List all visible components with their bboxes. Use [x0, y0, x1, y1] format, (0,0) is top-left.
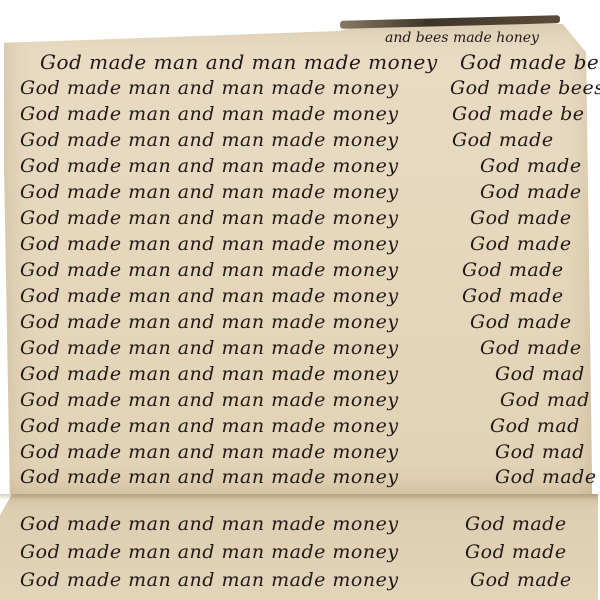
text-line-lower: God made man and man made moneyGod made	[20, 541, 399, 563]
line-main: God made man and man made money	[20, 77, 399, 99]
text-line: God made man and man made moneyGod made …	[40, 50, 438, 74]
line-main: God made man and man made money	[20, 389, 399, 411]
line-main: God made man and man made money	[20, 155, 399, 177]
line-tail: God made	[480, 337, 582, 359]
text-line-lower: God made man and man made moneyGod made	[20, 513, 399, 535]
text-line: God made man and man made moneyGod made	[20, 285, 399, 307]
line-tail: God made	[495, 466, 597, 488]
line-main: God made man and man made money	[20, 466, 399, 488]
line-tail: God made bees	[460, 50, 600, 74]
line-tail: God mad	[495, 441, 585, 463]
line-tail: God made	[470, 207, 572, 229]
line-main: God made man and man made money	[20, 541, 399, 563]
line-tail: God made	[470, 569, 572, 591]
page-fold	[0, 494, 598, 500]
text-line: God made man and man made moneyGod made	[20, 337, 399, 359]
text-line: God made man and man made moneyGod made	[20, 466, 399, 488]
text-line: God made man and man made moneyGod made	[20, 129, 399, 151]
line-main: God made man and man made money	[20, 569, 399, 591]
text-line: God made man and man made moneyGod mad	[20, 415, 399, 437]
text-line: God made man and man made moneyGod made	[20, 311, 399, 333]
line-main: God made man and man made money	[20, 233, 399, 255]
text-line-lower: God made man and man made moneyGod made	[20, 569, 399, 591]
line-main: God made man and man made money	[20, 103, 399, 125]
line-tail: God made	[462, 285, 564, 307]
line-tail: God made be	[452, 103, 585, 125]
line-tail: God made	[465, 541, 567, 563]
line-tail: God made	[465, 513, 567, 535]
text-line: God made man and man made moneyGod made	[20, 181, 399, 203]
line-tail: God made	[480, 181, 582, 203]
line-tail: God mad	[490, 415, 580, 437]
line-tail: God made bees	[450, 77, 600, 99]
text-line: God made man and man made moneyGod made	[20, 259, 399, 281]
line-main: God made man and man made money	[20, 259, 399, 281]
line-main: God made man and man made money	[20, 441, 399, 463]
text-line: God made man and man made moneyGod mad	[20, 441, 399, 463]
line-tail: God mad	[495, 363, 585, 385]
text-line: God made man and man made moneyGod mad	[20, 363, 399, 385]
line-main: God made man and man made money	[20, 129, 399, 151]
line-tail: God mad	[500, 389, 590, 411]
header-line: and bees made honey	[385, 30, 539, 46]
line-main: God made man and man made money	[20, 285, 399, 307]
line-tail: God made	[452, 129, 554, 151]
text-line: God made man and man made moneyGod mad	[20, 389, 399, 411]
line-tail: God made	[462, 259, 564, 281]
line-main: God made man and man made money	[20, 513, 399, 535]
text-line: God made man and man made moneyGod made	[20, 233, 399, 255]
line-tail: God made	[480, 155, 582, 177]
line-main: God made man and man made money	[20, 181, 399, 203]
line-main: God made man and man made money	[20, 415, 399, 437]
line-main: God made man and man made money	[20, 207, 399, 229]
line-tail: God made	[470, 311, 572, 333]
line-tail: God made	[470, 233, 572, 255]
text-line: God made man and man made moneyGod made	[20, 207, 399, 229]
text-line: God made man and man made moneyGod made	[20, 155, 399, 177]
line-main: God made man and man made money	[20, 363, 399, 385]
text-line: God made man and man made moneyGod made …	[20, 77, 399, 99]
text-line: God made man and man made moneyGod made …	[20, 103, 399, 125]
line-main: God made man and man made money	[20, 337, 399, 359]
line-main: God made man and man made money	[20, 311, 399, 333]
line-main: God made man and man made money	[40, 50, 438, 74]
